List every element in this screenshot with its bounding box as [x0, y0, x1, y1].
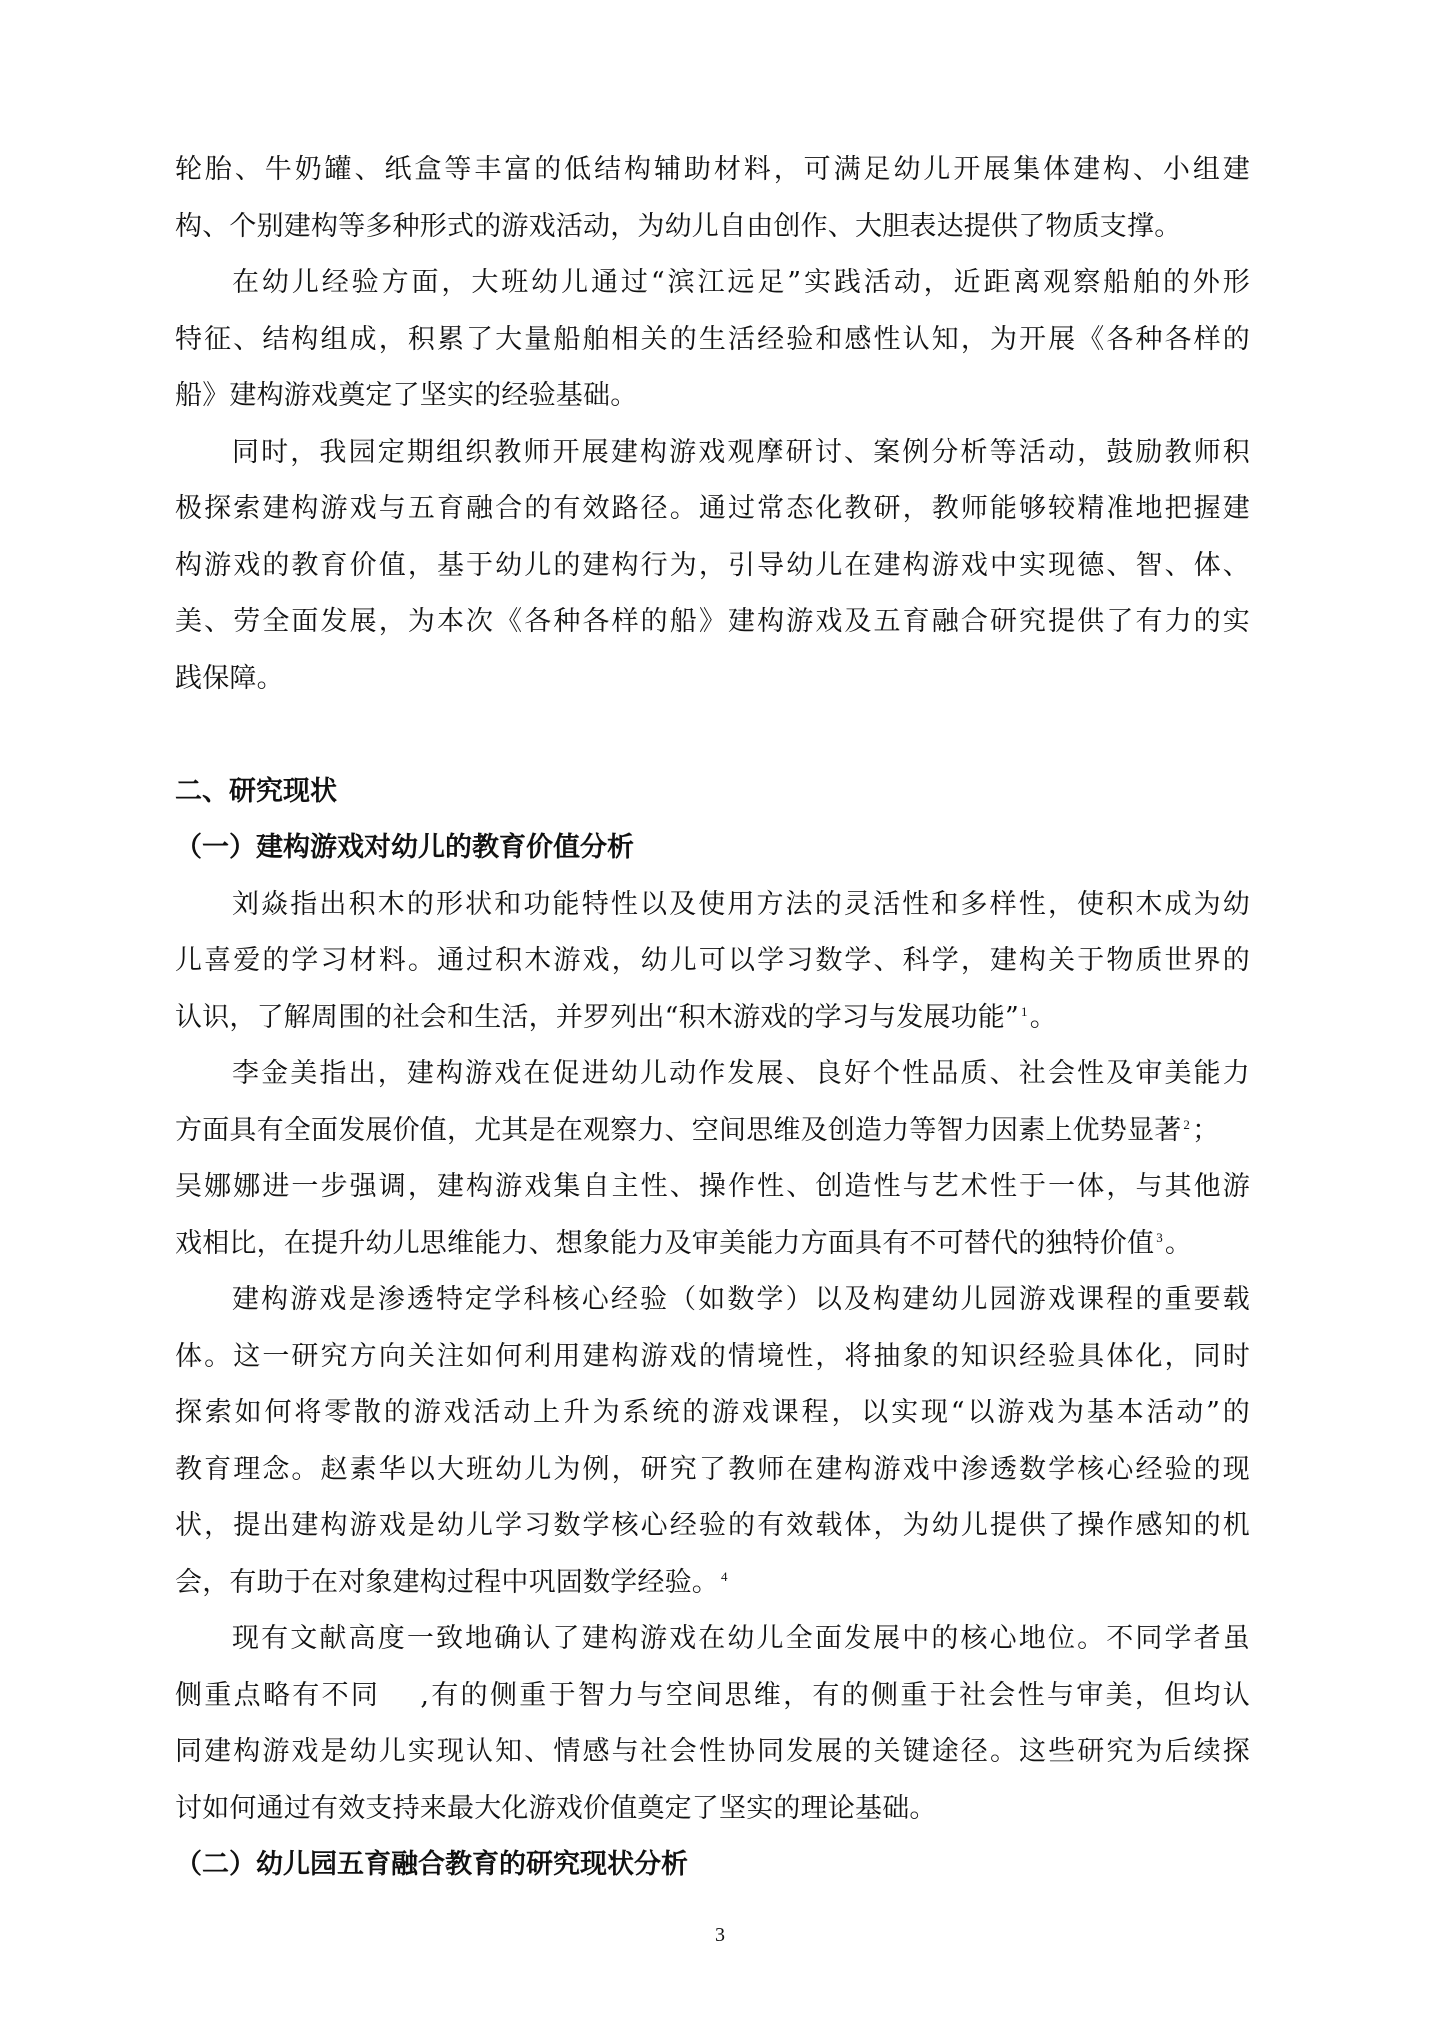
paragraph-summary: 现有文献高度一致地确认了建构游戏在幼儿全面发展中的核心地位。不同学者虽 侧重点略…: [175, 1611, 1250, 1837]
paragraph-materials: 轮胎、牛奶罐、纸盒等丰富的低结构辅助材料，可满足幼儿开展集体建构、小组建 构、个…: [175, 142, 1250, 255]
paragraph-liu-yan: 刘焱指出积木的形状和功能特性以及使用方法的灵活性和多样性，使积木成为幼 儿喜爱的…: [175, 877, 1250, 1047]
footnote-ref[interactable]: 4: [721, 1569, 728, 1584]
text-span: 方面具有全面发展价值，尤其是在观察力、空间思维及创造力等智力因素上优势显著: [175, 1115, 1181, 1146]
text-line: 教育理念。赵素华以大班幼儿为例，研究了教师在建构游戏中渗透数学核心经验的现: [175, 1442, 1250, 1499]
text-line: 刘焱指出积木的形状和功能特性以及使用方法的灵活性和多样性，使积木成为幼: [175, 877, 1250, 934]
blank-line: [175, 707, 1250, 764]
paragraph-li-jinmei: 李金美指出，建构游戏在促进幼儿动作发展、良好个性品质、社会性及审美能力 方面具有…: [175, 1046, 1250, 1272]
text-line: 讨如何通过有效支持来最大化游戏价值奠定了坚实的理论基础。: [175, 1781, 1250, 1838]
text-line: 在幼儿经验方面，大班幼儿通过“滨江远足”实践活动，近距离观察船舶的外形: [175, 255, 1250, 312]
text-span: 。: [1030, 1002, 1057, 1033]
text-line: 方面具有全面发展价值，尤其是在观察力、空间思维及创造力等智力因素上优势显著2；: [175, 1103, 1250, 1160]
footnote-ref[interactable]: 1: [1021, 1004, 1028, 1019]
text-line: 构、个别建构等多种形式的游戏活动，为幼儿自由创作、大胆表达提供了物质支撑。: [175, 199, 1250, 256]
text-line: 儿喜爱的学习材料。通过积木游戏，幼儿可以学习数学、科学，建构关于物质世界的: [175, 933, 1250, 990]
page-number: 3: [0, 1924, 1440, 1947]
text-line: 轮胎、牛奶罐、纸盒等丰富的低结构辅助材料，可满足幼儿开展集体建构、小组建: [175, 142, 1250, 199]
text-line: 船》建构游戏奠定了坚实的经验基础。: [175, 368, 1250, 425]
text-line: 极探索建构游戏与五育融合的有效路径。通过常态化教研，教师能够较精准地把握建: [175, 481, 1250, 538]
text-line: 现有文献高度一致地确认了建构游戏在幼儿全面发展中的核心地位。不同学者虽: [175, 1611, 1250, 1668]
text-span: 会，有助于在对象建构过程中巩固数学经验。: [175, 1567, 719, 1598]
text-span: ；: [1192, 1115, 1219, 1146]
text-line: 吴娜娜进一步强调，建构游戏集自主性、操作性、创造性与艺术性于一体，与其他游: [175, 1159, 1250, 1216]
subsection-heading: （二）幼儿园五育融合教育的研究现状分析: [175, 1837, 1250, 1894]
footnote-ref[interactable]: 3: [1156, 1230, 1163, 1245]
text-span: 。: [1165, 1228, 1192, 1259]
text-line: 践保障。: [175, 651, 1250, 708]
text-line: 同建构游戏是幼儿实现认知、情感与社会性协同发展的关键途径。这些研究为后续探: [175, 1724, 1250, 1781]
text-line: 李金美指出，建构游戏在促进幼儿动作发展、良好个性品质、社会性及审美能力: [175, 1046, 1250, 1103]
subsection-heading: （一）建构游戏对幼儿的教育价值分析: [175, 820, 1250, 877]
text-line: 特征、结构组成，积累了大量船舶相关的生活经验和感性认知，为开展《各种各样的: [175, 312, 1250, 369]
paragraph-teacher-research: 同时，我园定期组织教师开展建构游戏观摩研讨、案例分析等活动，鼓励教师积 极探索建…: [175, 425, 1250, 708]
paragraph-child-experience: 在幼儿经验方面，大班幼儿通过“滨江远足”实践活动，近距离观察船舶的外形 特征、结…: [175, 255, 1250, 425]
section-heading: 二、研究现状: [175, 764, 1250, 821]
text-line: 构游戏的教育价值，基于幼儿的建构行为，引导幼儿在建构游戏中实现德、智、体、: [175, 538, 1250, 595]
text-line: 侧重点略有不同 ,有的侧重于智力与空间思维，有的侧重于社会性与审美，但均认: [175, 1668, 1250, 1725]
text-line: 探索如何将零散的游戏活动上升为系统的游戏课程，以实现“以游戏为基本活动”的: [175, 1385, 1250, 1442]
paragraph-core-experience: 建构游戏是渗透特定学科核心经验（如数学）以及构建幼儿园游戏课程的重要载 体。这一…: [175, 1272, 1250, 1611]
text-line: 建构游戏是渗透特定学科核心经验（如数学）以及构建幼儿园游戏课程的重要载: [175, 1272, 1250, 1329]
text-line: 会，有助于在对象建构过程中巩固数学经验。4: [175, 1555, 1250, 1612]
document-page: 轮胎、牛奶罐、纸盒等丰富的低结构辅助材料，可满足幼儿开展集体建构、小组建 构、个…: [0, 0, 1440, 2036]
text-line: 戏相比，在提升幼儿思维能力、想象能力及审美能力方面具有不可替代的独特价值3。: [175, 1216, 1250, 1273]
text-line: 同时，我园定期组织教师开展建构游戏观摩研讨、案例分析等活动，鼓励教师积: [175, 425, 1250, 482]
page-body: 轮胎、牛奶罐、纸盒等丰富的低结构辅助材料，可满足幼儿开展集体建构、小组建 构、个…: [175, 142, 1250, 1894]
text-line: 认识，了解周围的社会和生活，并罗列出“积木游戏的学习与发展功能”1。: [175, 990, 1250, 1047]
text-line: 状，提出建构游戏是幼儿学习数学核心经验的有效载体，为幼儿提供了操作感知的机: [175, 1498, 1250, 1555]
text-line: 体。这一研究方向关注如何利用建构游戏的情境性，将抽象的知识经验具体化，同时: [175, 1329, 1250, 1386]
footnote-ref[interactable]: 2: [1183, 1117, 1190, 1132]
text-span: 戏相比，在提升幼儿思维能力、想象能力及审美能力方面具有不可替代的独特价值: [175, 1228, 1154, 1259]
text-line: 美、劳全面发展，为本次《各种各样的船》建构游戏及五育融合研究提供了有力的实: [175, 594, 1250, 651]
text-span: 认识，了解周围的社会和生活，并罗列出“积木游戏的学习与发展功能”: [175, 1002, 1019, 1033]
